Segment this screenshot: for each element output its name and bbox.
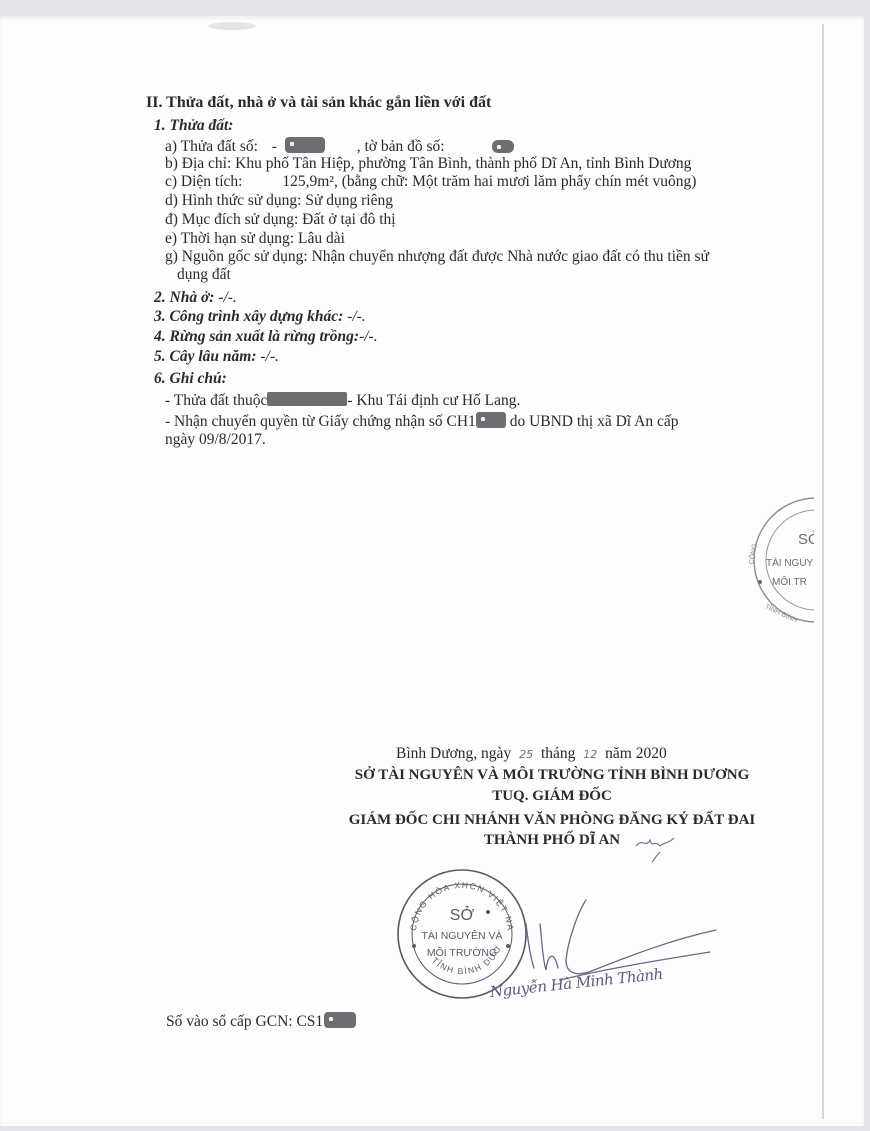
note-2-prefix: - Nhận chuyển quyền từ Giấy chứng nhận s… bbox=[165, 413, 476, 430]
note-line-2: - Nhận chuyển quyền từ Giấy chứng nhận s… bbox=[165, 412, 678, 431]
house-value: -/-. bbox=[214, 289, 236, 306]
land-parcel-row: a) Thửa đất số: - , tờ bản đồ số: bbox=[165, 137, 514, 156]
land-use-form: d) Hình thức sử dụng: Sử dụng riêng bbox=[165, 192, 393, 210]
note-1-prefix: - Thửa đất thuộc bbox=[165, 392, 267, 409]
perennial-value: -/-. bbox=[256, 348, 278, 365]
month-label: tháng bbox=[541, 745, 575, 762]
land-use-term: e) Thời hạn sử dụng: Lâu dài bbox=[165, 230, 345, 248]
perennial-row: 5. Cây lâu năm: -/-. bbox=[154, 348, 279, 366]
svg-text:TÀI NGUY: TÀI NGUY bbox=[766, 556, 814, 569]
parcel-number-label: a) Thửa đất số: bbox=[165, 138, 258, 155]
signing-date: Bình Dương, ngày 25 tháng 12 năm 2020 bbox=[396, 745, 667, 764]
stamp-center-2: TÀI NGUYÊN VÀ bbox=[421, 929, 502, 942]
redacted-registry-number bbox=[324, 1012, 356, 1028]
land-address: b) Địa chỉ: Khu phố Tân Hiệp, phường Tân… bbox=[165, 155, 691, 173]
redacted-parcel-number bbox=[285, 137, 325, 153]
date-year: năm 2020 bbox=[605, 745, 667, 762]
registry-row: Số vào sổ cấp GCN: CS1 bbox=[166, 1012, 356, 1031]
on-behalf-title: TUQ. GIÁM ĐỐC bbox=[326, 787, 778, 805]
forest-row: 4. Rừng sản xuất là rừng trồng:-/-. bbox=[154, 328, 378, 346]
other-construction-row: 3. Công trình xây dựng khác: -/-. bbox=[154, 308, 366, 326]
note-line-3: ngày 09/8/2017. bbox=[165, 431, 266, 449]
note-1-suffix: - Khu Tái định cư Hố Lang. bbox=[347, 392, 520, 409]
redacted-map-sheet bbox=[492, 140, 514, 153]
svg-text:SỞ: SỞ bbox=[798, 530, 821, 548]
note-2-suffix: do UBND thị xã Dĩ An cấp bbox=[506, 413, 679, 430]
date-prefix: Bình Dương, ngày bbox=[396, 745, 511, 762]
land-use-purpose: đ) Mục đích sử dụng: Đất ở tại đô thị bbox=[165, 211, 396, 229]
section-title: II. Thửa đất, nhà ở và tài sản khác gắn … bbox=[146, 94, 491, 112]
land-heading: 1. Thửa đất: bbox=[154, 117, 233, 135]
land-area-row: c) Diện tích: 125,9m², (bằng chữ: Một tr… bbox=[165, 173, 696, 191]
redacted-certificate-number bbox=[476, 412, 506, 428]
initials-scribble-icon bbox=[632, 830, 680, 864]
stamp-center-3: MÔI TRƯỜNG bbox=[427, 946, 497, 959]
map-sheet-label: , tờ bản đồ số: bbox=[357, 138, 445, 155]
house-row: 2. Nhà ở: -/-. bbox=[154, 289, 237, 307]
area-label: c) Diện tích: bbox=[165, 173, 242, 190]
issuing-organization: SỞ TÀI NGUYÊN VÀ MÔI TRƯỜNG TỈNH BÌNH DƯ… bbox=[326, 766, 778, 784]
parcel-prefix: - bbox=[272, 138, 277, 155]
area-value: 125,9m², (bằng chữ: Một trăm hai mươi lă… bbox=[282, 173, 696, 190]
partial-stamp-icon: SỞ TÀI NGUY MÔI TR CỘNG TỈNH BÌNH bbox=[738, 496, 824, 624]
svg-text:MÔI TR: MÔI TR bbox=[772, 575, 807, 588]
land-origin-line2: dụng đất bbox=[177, 266, 231, 284]
signer-position-line1: GIÁM ĐỐC CHI NHÁNH VĂN PHÒNG ĐĂNG KÝ ĐẤT… bbox=[320, 811, 784, 829]
notes-heading: 6. Ghi chú: bbox=[154, 370, 227, 388]
note-line-1: - Thửa đất thuộc- Khu Tái định cư Hố Lan… bbox=[165, 392, 520, 410]
house-label: 2. Nhà ở: bbox=[154, 289, 214, 306]
registry-label: Số vào sổ cấp GCN: CS1 bbox=[166, 1013, 323, 1030]
stamp-center-1: SỞ bbox=[450, 905, 475, 924]
forest-value: -/-. bbox=[359, 328, 378, 345]
perennial-label: 5. Cây lâu năm: bbox=[154, 348, 256, 365]
signer-position-line2: THÀNH PHỐ DĨ AN bbox=[326, 831, 778, 849]
forest-label: 4. Rừng sản xuất là rừng trồng: bbox=[154, 328, 359, 345]
land-origin-line1: g) Nguồn gốc sử dụng: Nhận chuyển nhượng… bbox=[165, 248, 709, 266]
other-construction-value: -/-. bbox=[343, 308, 365, 325]
handwritten-day: 25 bbox=[519, 748, 533, 761]
scan-smudge bbox=[208, 22, 256, 30]
handwritten-month: 12 bbox=[583, 748, 597, 761]
other-construction-label: 3. Công trình xây dựng khác: bbox=[154, 308, 343, 325]
redacted-note-1 bbox=[267, 392, 347, 406]
svg-text:CỘNG: CỘNG bbox=[746, 543, 759, 565]
